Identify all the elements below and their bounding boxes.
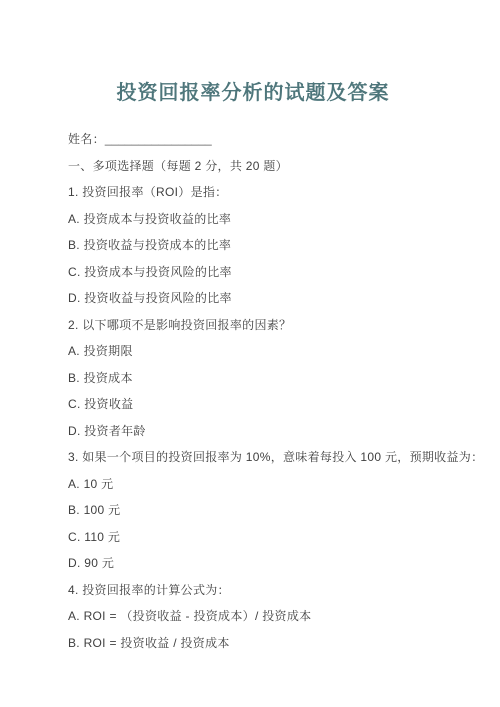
exam-document-page: 投资回报率分析的试题及答案 姓名：________________ 一、多项选择… bbox=[0, 0, 500, 707]
question-option: A. ROI = （投资收益 - 投资成本）/ 投资成本 bbox=[68, 603, 470, 630]
question-option: B. ROI = 投资收益 / 投资成本 bbox=[68, 630, 470, 657]
question-option: A. 投资成本与投资收益的比率 bbox=[68, 206, 470, 233]
question-option: D. 投资收益与投资风险的比率 bbox=[68, 285, 470, 312]
question-stem: 1. 投资回报率（ROI）是指： bbox=[68, 179, 470, 206]
name-label: 姓名： bbox=[68, 132, 105, 146]
name-line: 姓名：________________ bbox=[68, 126, 470, 153]
question-option: B. 100 元 bbox=[68, 497, 470, 524]
question-option: B. 投资成本 bbox=[68, 365, 470, 392]
question-option: A. 10 元 bbox=[68, 471, 470, 498]
name-blank-line: ________________ bbox=[105, 132, 212, 146]
question-option: D. 90 元 bbox=[68, 550, 470, 577]
question-option: A. 投资期限 bbox=[68, 338, 470, 365]
question-option: D. 投资者年龄 bbox=[68, 418, 470, 445]
question-stem: 2. 以下哪项不是影响投资回报率的因素？ bbox=[68, 312, 470, 339]
question-stem: 4. 投资回报率的计算公式为： bbox=[68, 577, 470, 604]
document-title: 投资回报率分析的试题及答案 bbox=[68, 80, 438, 106]
document-body: 姓名：________________ 一、多项选择题（每题 2 分，共 20 … bbox=[68, 126, 470, 656]
question-option: B. 投资收益与投资成本的比率 bbox=[68, 232, 470, 259]
section-header: 一、多项选择题（每题 2 分，共 20 题） bbox=[68, 153, 470, 180]
question-stem: 3. 如果一个项目的投资回报率为 10%，意味着每投入 100 元，预期收益为： bbox=[68, 444, 470, 471]
question-option: C. 投资收益 bbox=[68, 391, 470, 418]
question-option: C. 投资成本与投资风险的比率 bbox=[68, 259, 470, 286]
questions-list: 1. 投资回报率（ROI）是指：A. 投资成本与投资收益的比率B. 投资收益与投… bbox=[68, 179, 470, 656]
question-option: C. 110 元 bbox=[68, 524, 470, 551]
